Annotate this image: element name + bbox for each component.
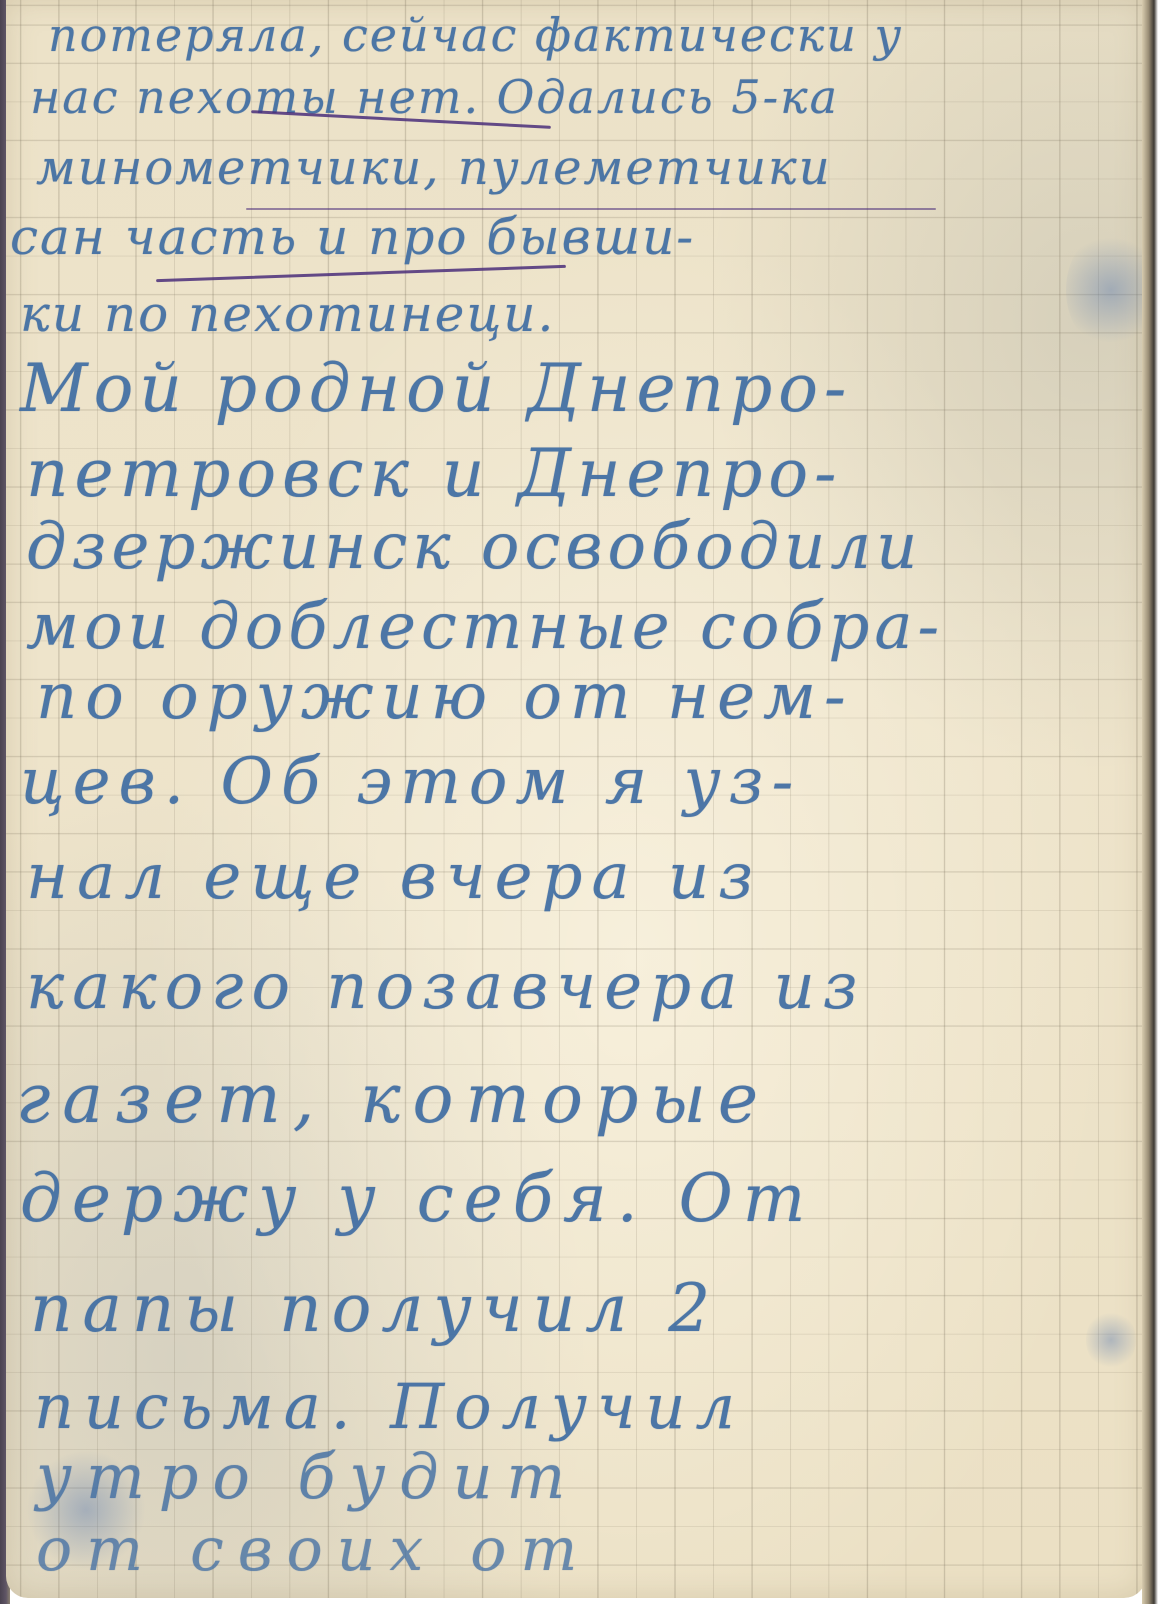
handwriting-line: утро будит [36,1440,579,1513]
handwriting-line: Мой родной Днепро- [20,350,852,427]
handwriting-line: по оружию от нем- [36,660,854,734]
page-edge [1142,0,1158,1604]
handwriting-line: мои доблестные собра- [26,590,944,664]
handwriting-line: папы получил 2 [30,1270,720,1347]
handwriting-line: минометчики, пулеметчики [36,140,832,196]
ink-smudge [1066,230,1146,350]
handwriting-line: держу у себя. От [20,1160,815,1237]
ink-smudge [1086,1310,1136,1370]
handwriting-line: нал еще вчера из [26,840,762,914]
handwriting-line: потеряла, сейчас фактически у [48,8,903,62]
handwriting-line: от своих от [36,1515,591,1585]
handwriting-line: дзержинск освободили [26,510,922,584]
handwriting-line: какого позавчера из [26,950,866,1024]
handwriting-line: петровск и Днепро- [26,435,842,512]
handwriting-line: письма. Получил [34,1370,745,1443]
handwriting-line: цев. Об этом я уз- [20,745,801,819]
handwriting-line: сан часть и про бывши- [10,208,695,266]
diary-page: потеряла, сейчас фактически у нас пехоты… [6,0,1146,1598]
handwriting-line: газет, которые [16,1060,770,1139]
pencil-underline [156,265,566,282]
handwriting-line: ки по пехотинеци. [20,285,555,343]
handwriting-line: нас пехоты нет. Одались 5-ка [30,70,839,124]
